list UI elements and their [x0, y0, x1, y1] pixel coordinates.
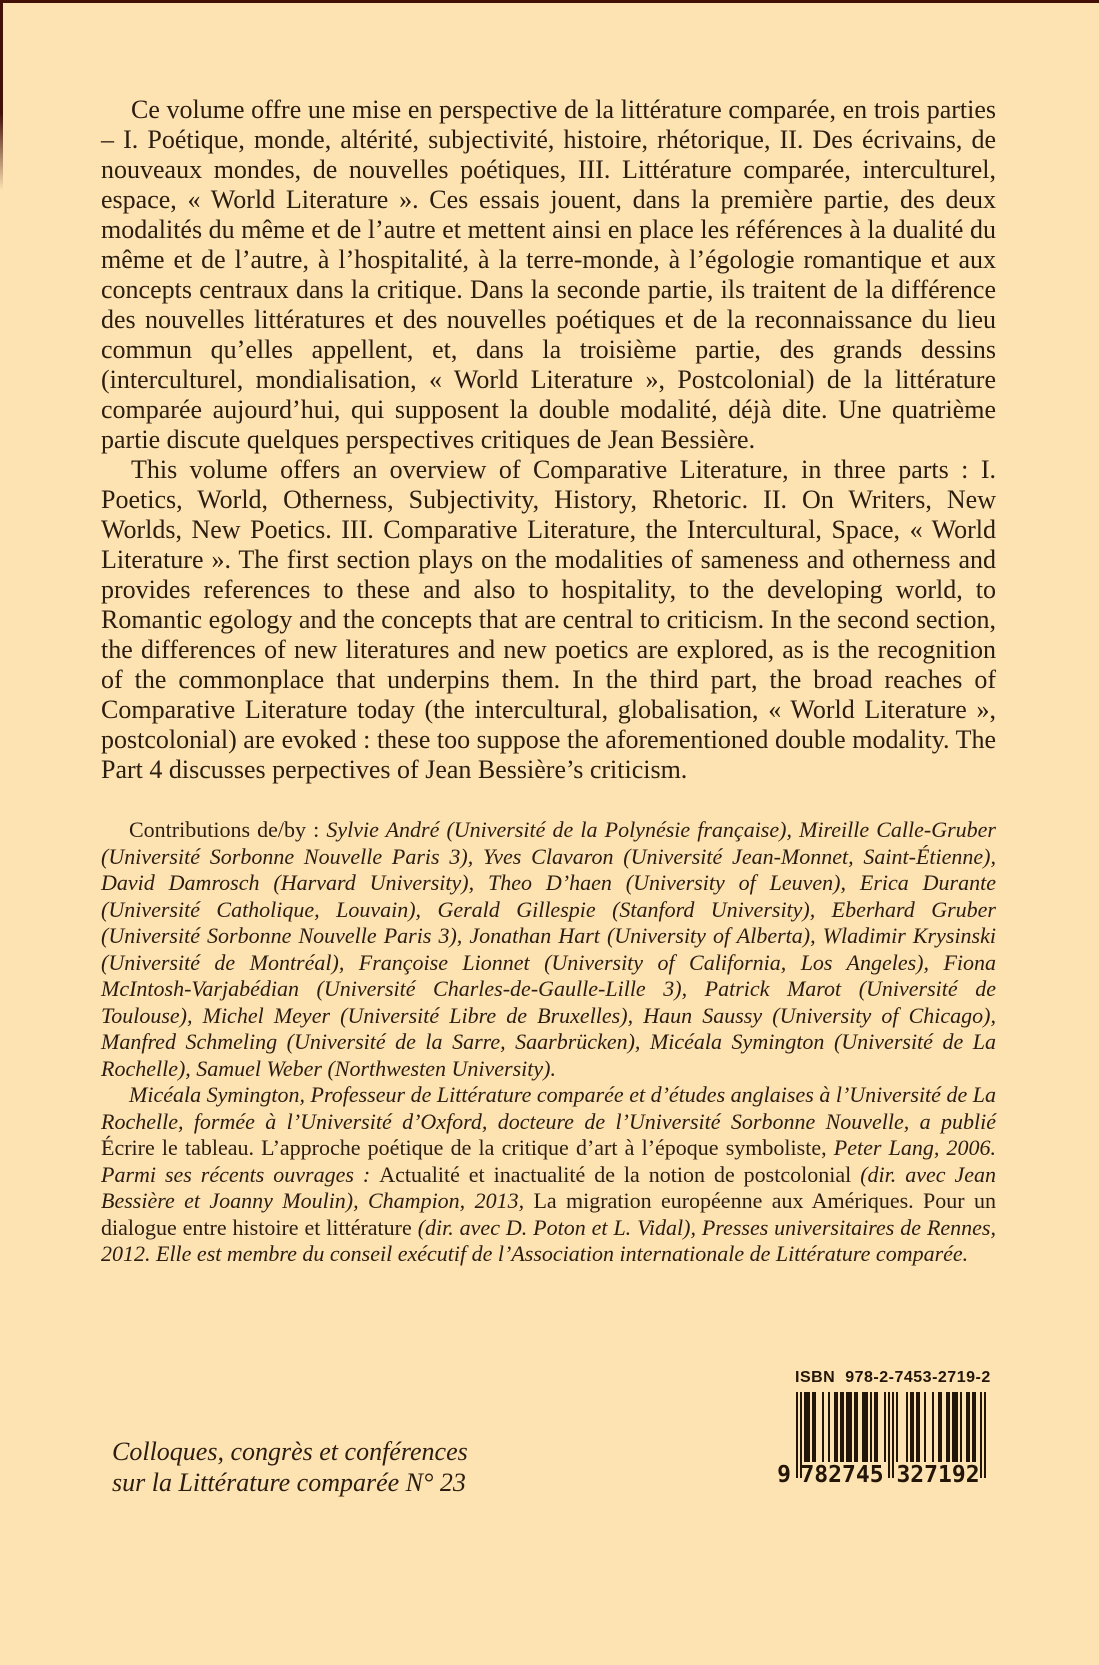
barcode-digits-right: 327192 [896, 1462, 980, 1488]
bio-segment: Écrire le tableau. L’approche poétique d… [101, 1135, 834, 1160]
barcode-bar [828, 1392, 830, 1462]
main-text-column: Ce volume offre une mise en perspective … [101, 95, 996, 1268]
barcode-bar [876, 1392, 878, 1462]
scan-edge-top [0, 0, 1099, 3]
english-blurb-paragraph: This volume offers an overview of Compar… [101, 455, 996, 785]
barcode-bar [884, 1392, 886, 1462]
barcode-bar [850, 1392, 852, 1462]
barcode-bar [980, 1392, 982, 1478]
barcode-bar [866, 1392, 868, 1462]
isbn-label: ISBN [795, 1369, 835, 1386]
barcode-bar [808, 1392, 810, 1462]
book-back-cover: Ce volume offre une mise en perspective … [0, 0, 1099, 1665]
scan-edge-left [0, 0, 3, 190]
barcode-bar [896, 1392, 898, 1462]
barcode-bar [984, 1392, 986, 1478]
bio-segment: Actualité et inactualité de la notion de… [379, 1162, 860, 1187]
barcode-bar [888, 1392, 890, 1478]
barcode-bar [918, 1392, 920, 1462]
series-line-2: sur la Littérature comparée N° 23 [112, 1467, 468, 1498]
barcode-bar [842, 1392, 844, 1462]
isbn-number: 978-2-7453-2719-2 [845, 1369, 991, 1386]
isbn-line: ISBN978-2-7453-2719-2 [795, 1369, 987, 1387]
barcode-bar [932, 1392, 934, 1462]
author-bio-paragraph: Micéala Symington, Professeur de Littéra… [101, 1082, 996, 1268]
barcode-bar [940, 1392, 942, 1462]
barcode-bar [836, 1392, 838, 1462]
bio-segment: Micéala Symington, Professeur de Littéra… [101, 1082, 996, 1134]
barcode-bar [960, 1392, 962, 1462]
barcode-bar [796, 1392, 798, 1478]
series-line-1: Colloques, congrès et conférences [112, 1436, 468, 1467]
french-blurb-paragraph: Ce volume offre une mise en perspective … [101, 95, 996, 455]
barcode-bar [924, 1392, 926, 1462]
barcode-bar [906, 1392, 908, 1462]
barcode-bar [856, 1392, 858, 1462]
contributions-lead: Contributions de/by : [129, 817, 326, 842]
contributions-paragraph: Contributions de/by : Sylvie André (Univ… [101, 817, 996, 1082]
barcode-bar [974, 1392, 976, 1462]
barcode-bar [948, 1392, 950, 1462]
barcode-bar [814, 1392, 816, 1462]
barcode-digit-first: 9 [776, 1462, 792, 1488]
contributions-list: Sylvie André (Université de la Polynésie… [101, 817, 996, 1081]
barcode-bar [870, 1392, 872, 1462]
barcode-digits-left: 782745 [800, 1462, 884, 1488]
barcode-bar [968, 1392, 970, 1462]
barcode-bar [892, 1392, 894, 1478]
barcode-bar [822, 1392, 824, 1462]
ean-barcode: 9 782745 327192 [796, 1392, 986, 1490]
barcode-bar [912, 1392, 914, 1462]
barcode-bar [956, 1392, 958, 1462]
series-title: Colloques, congrès et conférences sur la… [112, 1436, 468, 1498]
